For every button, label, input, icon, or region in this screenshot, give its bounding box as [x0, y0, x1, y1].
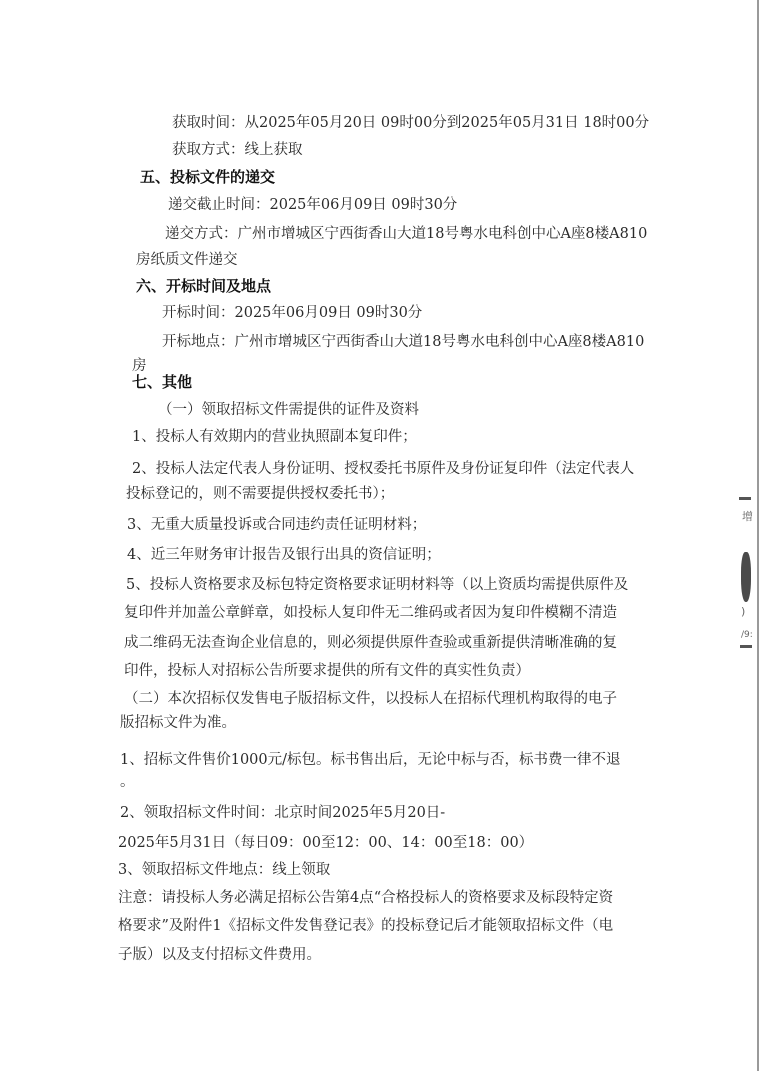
seal-fragment-blot [741, 552, 751, 602]
text-line: 复印件并加盖公章鲜章，如投标人复印件无二维码或者因为复印件模糊不清造 [124, 603, 617, 623]
text-line: 5、投标人资格要求及标包特定资格要求证明材料等（以上资质均需提供原件及 [126, 575, 628, 595]
seal-fragment-text-3: /9: [741, 630, 753, 640]
section-heading: 五、投标文件的递交 [140, 167, 275, 187]
text-line: 2、投标人法定代表人身份证明、授权委托书原件及身份证复印件（法定代表人 [132, 459, 634, 479]
text-line: 获取时间：从2025年05月20日 09时00分到2025年05月31日 18时… [172, 113, 649, 133]
seal-fragment-text: 增 [742, 508, 753, 524]
text-line: 2、领取招标文件时间：北京时间2025年5月20日- [120, 803, 445, 823]
text-line: 成二维码无法查询企业信息的，则必须提供原件查验或重新提供清晰准确的复 [124, 633, 617, 653]
text-line: 格要求”及附件1《招标文件发售登记表》的投标登记后才能领取招标文件（电 [118, 916, 613, 936]
page-edge-line [757, 0, 759, 1071]
text-line: 1、投标人有效期内的营业执照副本复印件； [132, 427, 417, 447]
seal-fragment-dash-2 [740, 645, 752, 648]
text-line: 3、领取招标文件地点：线上领取 [118, 860, 330, 880]
text-line: 。 [120, 772, 135, 792]
text-line: 开标时间：2025年06月09日 09时30分 [162, 303, 422, 323]
text-line: 注意：请投标人务必满足招标公告第4点“合格投标人的资格要求及标段特定资 [118, 888, 613, 908]
text-line: 4、近三年财务审计报告及银行出具的资信证明； [127, 545, 441, 565]
text-line: 递交方式：广州市增城区宁西街香山大道18号粤水电科创中心A座8楼A810 [165, 224, 647, 244]
seal-fragment-dash [739, 497, 751, 500]
text-line: 递交截止时间：2025年06月09日 09时30分 [168, 195, 457, 215]
section-heading: 六、开标时间及地点 [136, 276, 271, 296]
seal-fragment-text-2: ) [741, 605, 745, 618]
text-line: 获取方式：线上获取 [172, 140, 303, 160]
text-line: 子版）以及支付招标文件费用。 [118, 945, 321, 965]
text-line: （一）领取招标文件需提供的证件及资料 [158, 400, 419, 420]
document-page: 获取时间：从2025年05月20日 09时00分到2025年05月31日 18时… [0, 0, 760, 1071]
text-line: 开标地点：广州市增城区宁西街香山大道18号粤水电科创中心A座8楼A810 [162, 332, 644, 352]
text-line: 房纸质文件递交 [136, 250, 238, 270]
text-line: （二）本次招标仅发售电子版招标文件，以投标人在招标代理机构取得的电子 [124, 689, 617, 709]
section-heading: 七、其他 [132, 372, 192, 392]
text-line: 3、无重大质量投诉或合同违约责任证明材料； [127, 515, 426, 535]
text-line: 2025年5月31日（每日09：00至12：00、14：00至18：00） [118, 833, 533, 853]
text-line: 版招标文件为准。 [120, 713, 236, 733]
text-line: 投标登记的，则不需要提供授权委托书）； [126, 484, 394, 504]
text-line: 1、招标文件售价1000元/标包。标书售出后，无论中标与否，标书费一律不退 [120, 750, 621, 770]
text-line: 印件，投标人对招标公告所要求提供的所有文件的真实性负责） [124, 661, 530, 681]
